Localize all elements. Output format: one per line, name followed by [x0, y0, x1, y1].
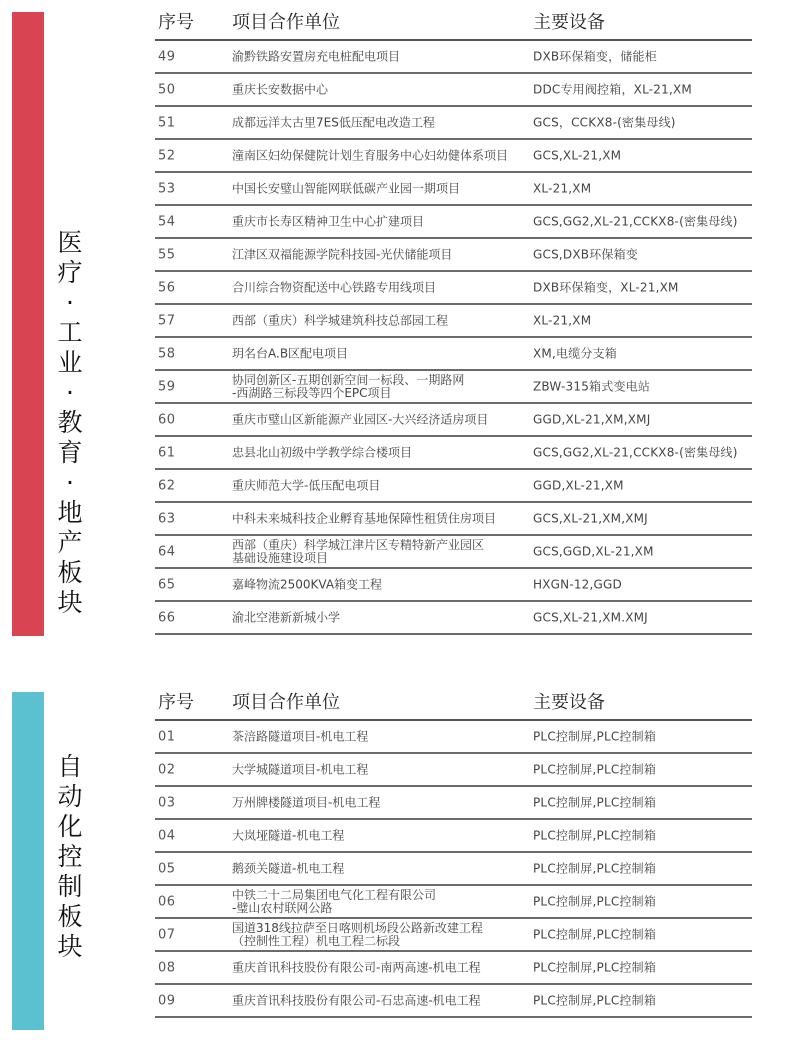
cell-no: 64 [158, 545, 176, 558]
cell-equipment: DXB环保箱变，XL-21,XM [533, 281, 679, 294]
cell-no: 02 [158, 763, 176, 776]
cell-project: 茶涪路隧道项目-机电工程 [232, 730, 368, 743]
cell-project: 忠县北山初级中学教学综合楼项目 [232, 446, 412, 459]
cell-equipment: ZBW-315箱式变电站 [533, 380, 650, 393]
table-row: 65嘉峰物流2500KVA箱变工程HXGN-12,GGD [155, 569, 752, 602]
cell-no: 03 [158, 796, 176, 809]
cell-no: 49 [158, 50, 176, 63]
table-row: 53中国长安璧山智能网联低碳产业园一期项目XL-21,XM [155, 173, 752, 206]
cell-equipment: GCS,XL-21,XM [533, 149, 621, 162]
cell-no: 53 [158, 182, 176, 195]
cell-no: 61 [158, 446, 176, 459]
cell-no: 50 [158, 83, 176, 96]
cell-project: 大学城隧道项目-机电工程 [232, 763, 368, 776]
section-title-automation: 自动化控制板块 [56, 752, 84, 962]
cell-no: 57 [158, 314, 176, 327]
cell-no: 08 [158, 961, 176, 974]
table-row: 50重庆长安数据中心DDC专用阀控箱，XL-21,XM [155, 74, 752, 107]
table-row: 09重庆首讯科技股份有限公司-石忠高速-机电工程PLC控制屏,PLC控制箱 [155, 985, 752, 1018]
cell-project: 重庆首讯科技股份有限公司-南两高速-机电工程 [232, 961, 481, 974]
table-row: 08重庆首讯科技股份有限公司-南两高速-机电工程PLC控制屏,PLC控制箱 [155, 952, 752, 985]
header-equipment: 主要设备 [533, 688, 605, 714]
cell-equipment: XM,电缆分支箱 [533, 347, 617, 360]
cell-project: 玥名台A.B区配电项目 [232, 347, 348, 360]
table-row: 59协同创新区-五期创新空间一标段、一期路网 -西湖路三标段等四个EPC项目ZB… [155, 371, 752, 404]
cell-no: 06 [158, 895, 176, 908]
cell-equipment: GCS,XL-21,XM.XMJ [533, 611, 648, 624]
cell-equipment: GCS,GG2,XL-21,CCKX8-(密集母线) [533, 215, 738, 228]
cell-project: 渝北空港新新城小学 [232, 611, 340, 624]
table-body: 01茶涪路隧道项目-机电工程PLC控制屏,PLC控制箱02大学城隧道项目-机电工… [155, 721, 752, 1018]
cell-equipment: PLC控制屏,PLC控制箱 [533, 961, 656, 974]
cell-no: 55 [158, 248, 176, 261]
cell-equipment: XL-21,XM [533, 314, 591, 327]
cell-project: 重庆市长寿区精神卫生中心扩建项目 [232, 215, 424, 228]
header-no: 序号 [158, 8, 194, 34]
cell-no: 04 [158, 829, 176, 842]
cell-equipment: XL-21,XM [533, 182, 591, 195]
table-row: 56合川综合物资配送中心铁路专用线项目DXB环保箱变，XL-21,XM [155, 272, 752, 305]
section-title-medical: 医疗·工业·教育·地产板块 [56, 228, 84, 618]
header-project: 项目合作单位 [232, 8, 340, 34]
cell-no: 51 [158, 116, 176, 129]
cell-project: 嘉峰物流2500KVA箱变工程 [232, 578, 382, 591]
cell-project: 成都远洋太古里7ES低压配电改造工程 [232, 116, 435, 129]
cell-project: 重庆市璧山区新能源产业园区-大兴经济适房项目 [232, 413, 488, 426]
cell-equipment: PLC控制屏,PLC控制箱 [533, 862, 656, 875]
cell-project: 重庆首讯科技股份有限公司-石忠高速-机电工程 [232, 994, 481, 1007]
cell-project: 西部（重庆）科学城江津片区专精特新产业园区 基础设施建设项目 [232, 539, 484, 565]
cell-equipment: PLC控制屏,PLC控制箱 [533, 796, 656, 809]
cell-equipment: PLC控制屏,PLC控制箱 [533, 928, 656, 941]
cell-equipment: GCS,DXB环保箱变 [533, 248, 638, 261]
table-row: 57西部（重庆）科学城建筑科技总部园工程XL-21,XM [155, 305, 752, 338]
table-header: 序号 项目合作单位 主要设备 [155, 4, 752, 41]
table-body: 49渝黔铁路安置房充电桩配电项目DXB环保箱变，储能柜50重庆长安数据中心DDC… [155, 41, 752, 635]
cell-no: 01 [158, 730, 176, 743]
cell-equipment: GCS,GG2,XL-21,CCKX8-(密集母线) [533, 446, 738, 459]
cell-equipment: PLC控制屏,PLC控制箱 [533, 763, 656, 776]
cell-no: 56 [158, 281, 176, 294]
table-row: 49渝黔铁路安置房充电桩配电项目DXB环保箱变，储能柜 [155, 41, 752, 74]
table-row: 66渝北空港新新城小学GCS,XL-21,XM.XMJ [155, 602, 752, 635]
cell-equipment: GGD,XL-21,XM,XMJ [533, 413, 650, 426]
cell-project: 中科未来城科技企业孵育基地保障性租赁住房项目 [232, 512, 496, 525]
table-row: 51成都远洋太古里7ES低压配电改造工程GCS，CCKX8-(密集母线) [155, 107, 752, 140]
cell-project: 潼南区妇幼保健院计划生育服务中心妇幼健体系项目 [232, 149, 508, 162]
table-row: 52潼南区妇幼保健院计划生育服务中心妇幼健体系项目GCS,XL-21,XM [155, 140, 752, 173]
project-table-automation: 序号 项目合作单位 主要设备 01茶涪路隧道项目-机电工程PLC控制屏,PLC控… [155, 684, 752, 1018]
table-row: 60重庆市璧山区新能源产业园区-大兴经济适房项目GGD,XL-21,XM,XMJ [155, 404, 752, 437]
cell-project: 合川综合物资配送中心铁路专用线项目 [232, 281, 436, 294]
cell-no: 07 [158, 928, 176, 941]
cell-no: 63 [158, 512, 176, 525]
cell-project: 重庆长安数据中心 [232, 83, 328, 96]
cell-no: 59 [158, 380, 176, 393]
cell-equipment: GCS,GGD,XL-21,XM [533, 545, 654, 558]
cell-equipment: HXGN-12,GGD [533, 578, 622, 591]
cell-no: 09 [158, 994, 176, 1007]
cell-equipment: GCS，CCKX8-(密集母线) [533, 116, 676, 129]
cell-no: 62 [158, 479, 176, 492]
table-header: 序号 项目合作单位 主要设备 [155, 684, 752, 721]
cell-equipment: DXB环保箱变，储能柜 [533, 50, 657, 63]
table-row: 55江津区双福能源学院科技园-光伏储能项目GCS,DXB环保箱变 [155, 239, 752, 272]
table-row: 07国道318线拉萨至日喀则机场段公路新改建工程 （控制性工程）机电工程二标段P… [155, 919, 752, 952]
cell-project: 国道318线拉萨至日喀则机场段公路新改建工程 （控制性工程）机电工程二标段 [232, 922, 483, 948]
cell-project: 中铁二十二局集团电气化工程有限公司 -璧山农村联网公路 [232, 889, 436, 915]
cell-project: 鹅颈关隧道-机电工程 [232, 862, 344, 875]
cell-project: 万州牌楼隧道项目-机电工程 [232, 796, 380, 809]
section-accent-bar-medical [12, 12, 44, 636]
table-row: 62重庆师范大学-低压配电项目GGD,XL-21,XM [155, 470, 752, 503]
table-row: 58玥名台A.B区配电项目XM,电缆分支箱 [155, 338, 752, 371]
cell-project: 渝黔铁路安置房充电桩配电项目 [232, 50, 400, 63]
project-table-medical: 序号 项目合作单位 主要设备 49渝黔铁路安置房充电桩配电项目DXB环保箱变，储… [155, 4, 752, 635]
cell-equipment: PLC控制屏,PLC控制箱 [533, 895, 656, 908]
table-row: 54重庆市长寿区精神卫生中心扩建项目GCS,GG2,XL-21,CCKX8-(密… [155, 206, 752, 239]
cell-no: 65 [158, 578, 176, 591]
table-row: 01茶涪路隧道项目-机电工程PLC控制屏,PLC控制箱 [155, 721, 752, 754]
cell-no: 60 [158, 413, 176, 426]
cell-project: 重庆师范大学-低压配电项目 [232, 479, 380, 492]
cell-no: 52 [158, 149, 176, 162]
table-row: 04大岚垭隧道-机电工程PLC控制屏,PLC控制箱 [155, 820, 752, 853]
header-equipment: 主要设备 [533, 8, 605, 34]
header-project: 项目合作单位 [232, 688, 340, 714]
cell-equipment: GCS,XL-21,XM,XMJ [533, 512, 648, 525]
cell-no: 58 [158, 347, 176, 360]
cell-no: 66 [158, 611, 176, 624]
table-row: 06中铁二十二局集团电气化工程有限公司 -璧山农村联网公路PLC控制屏,PLC控… [155, 886, 752, 919]
cell-project: 大岚垭隧道-机电工程 [232, 829, 344, 842]
table-row: 05鹅颈关隧道-机电工程PLC控制屏,PLC控制箱 [155, 853, 752, 886]
cell-no: 54 [158, 215, 176, 228]
cell-equipment: DDC专用阀控箱，XL-21,XM [533, 83, 692, 96]
table-row: 63中科未来城科技企业孵育基地保障性租赁住房项目GCS,XL-21,XM,XMJ [155, 503, 752, 536]
table-row: 03万州牌楼隧道项目-机电工程PLC控制屏,PLC控制箱 [155, 787, 752, 820]
cell-equipment: PLC控制屏,PLC控制箱 [533, 994, 656, 1007]
cell-equipment: GGD,XL-21,XM [533, 479, 624, 492]
cell-project: 中国长安璧山智能网联低碳产业园一期项目 [232, 182, 460, 195]
cell-project: 西部（重庆）科学城建筑科技总部园工程 [232, 314, 448, 327]
cell-project: 协同创新区-五期创新空间一标段、一期路网 -西湖路三标段等四个EPC项目 [232, 374, 464, 400]
table-row: 64西部（重庆）科学城江津片区专精特新产业园区 基础设施建设项目GCS,GGD,… [155, 536, 752, 569]
table-row: 61忠县北山初级中学教学综合楼项目GCS,GG2,XL-21,CCKX8-(密集… [155, 437, 752, 470]
cell-project: 江津区双福能源学院科技园-光伏储能项目 [232, 248, 452, 261]
header-no: 序号 [158, 688, 194, 714]
cell-equipment: PLC控制屏,PLC控制箱 [533, 730, 656, 743]
section-accent-bar-automation [12, 692, 44, 1030]
cell-equipment: PLC控制屏,PLC控制箱 [533, 829, 656, 842]
cell-no: 05 [158, 862, 176, 875]
table-row: 02大学城隧道项目-机电工程PLC控制屏,PLC控制箱 [155, 754, 752, 787]
